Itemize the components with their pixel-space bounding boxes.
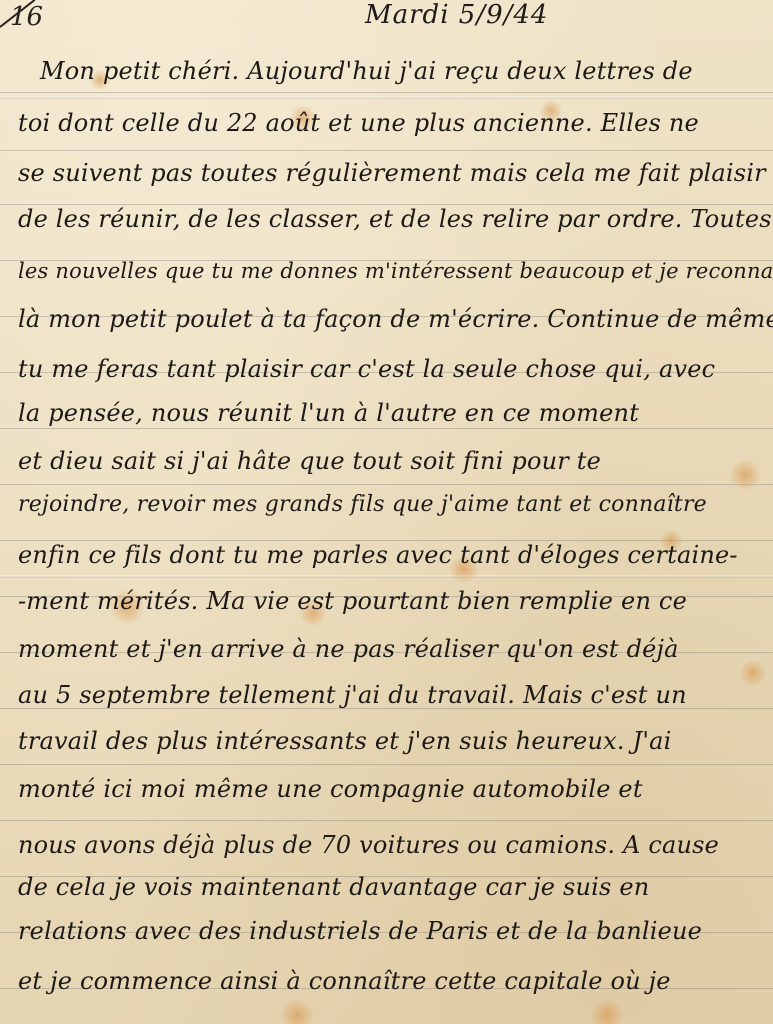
letter-line: toi dont celle du 22 août et une plus an… (18, 108, 768, 138)
paper-fold (0, 96, 773, 99)
letter-line: Mon petit chéri. Aujourd'hui j'ai reçu d… (40, 56, 773, 86)
letter-line: se suivent pas toutes régulièrement mais… (18, 158, 768, 188)
letter-line: -ment mérités. Ma vie est pourtant bien … (18, 586, 768, 616)
letter-line: rejoindre, revoir mes grands fils que j'… (18, 490, 768, 520)
letter-line: enfin ce fils dont tu me parles avec tan… (18, 540, 768, 570)
letter-line: travail des plus intéressants et j'en su… (18, 726, 768, 756)
letter-line: et dieu sait si j'ai hâte que tout soit … (18, 446, 768, 476)
letter-line: et je commence ainsi à connaître cette c… (18, 966, 768, 996)
letter-line: tu me feras tant plaisir car c'est la se… (18, 354, 768, 384)
letter-page: 16 Mardi 5/9/44 Mon petit chéri. Aujourd… (0, 0, 773, 1024)
letter-line: nous avons déjà plus de 70 voitures ou c… (18, 830, 768, 860)
letter-date: Mardi 5/9/44 (365, 0, 548, 30)
ruled-line (0, 484, 773, 485)
letter-line: relations avec des industriels de Paris … (18, 916, 768, 946)
letter-line: les nouvelles que tu me donnes m'intéres… (18, 256, 768, 286)
letter-line: la pensée, nous réunit l'un à l'autre en… (18, 398, 768, 428)
letter-line: monté ici moi même une compagnie automob… (18, 774, 768, 804)
letter-line: au 5 septembre tellement j'ai du travail… (18, 680, 768, 710)
age-stain (280, 1000, 314, 1024)
letter-line: de les réunir, de les classer, et de les… (18, 204, 768, 234)
ruled-line (0, 428, 773, 429)
ruled-line (0, 820, 773, 821)
letter-line: moment et j'en arrive à ne pas réaliser … (18, 634, 768, 664)
ruled-line (0, 92, 773, 93)
ruled-line (0, 150, 773, 151)
paper-fold (0, 575, 773, 578)
letter-line: de cela je vois maintenant davantage car… (18, 872, 768, 902)
letter-line: là mon petit poulet à ta façon de m'écri… (18, 304, 768, 334)
age-stain (590, 1000, 624, 1024)
ruled-line (0, 764, 773, 765)
